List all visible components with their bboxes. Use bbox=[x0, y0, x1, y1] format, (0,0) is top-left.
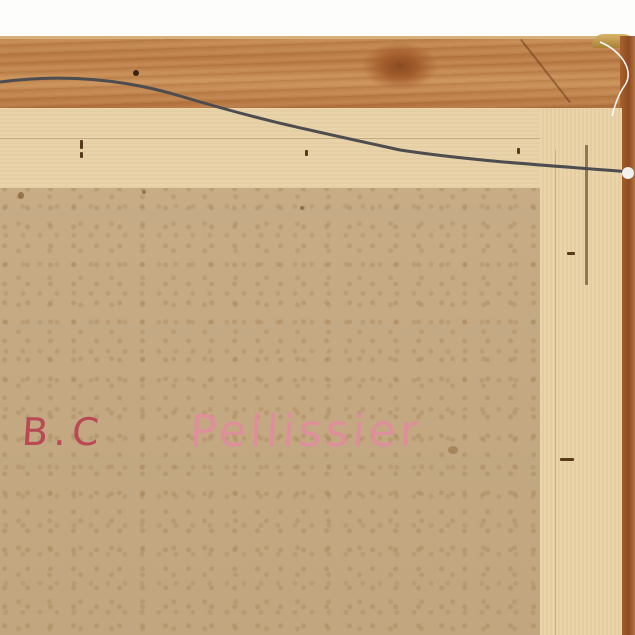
staple bbox=[80, 152, 83, 158]
tape-crease bbox=[0, 138, 560, 139]
tape-seam bbox=[555, 150, 556, 635]
inscription-surname: Pellissier bbox=[189, 406, 424, 457]
background-white bbox=[0, 0, 635, 36]
staple bbox=[517, 148, 520, 154]
staple bbox=[80, 140, 83, 149]
stain-mark bbox=[300, 206, 304, 210]
wooden-stretcher-bar bbox=[0, 36, 635, 112]
artist-inscription: B.C Pellissier bbox=[22, 410, 522, 480]
staple bbox=[560, 458, 574, 461]
staple bbox=[305, 150, 308, 156]
inscription-initials: B.C bbox=[20, 410, 106, 454]
stain-mark bbox=[18, 192, 24, 199]
frame-edge bbox=[0, 36, 635, 39]
frame-right-side bbox=[620, 36, 635, 635]
nail-hole bbox=[133, 70, 139, 76]
kraft-tape-top bbox=[0, 108, 622, 188]
kraft-tape-right bbox=[540, 108, 622, 635]
tape-tear bbox=[585, 145, 588, 285]
photo-scene: B.C Pellissier bbox=[0, 0, 635, 635]
staple bbox=[567, 252, 575, 255]
stain-mark bbox=[142, 190, 146, 194]
